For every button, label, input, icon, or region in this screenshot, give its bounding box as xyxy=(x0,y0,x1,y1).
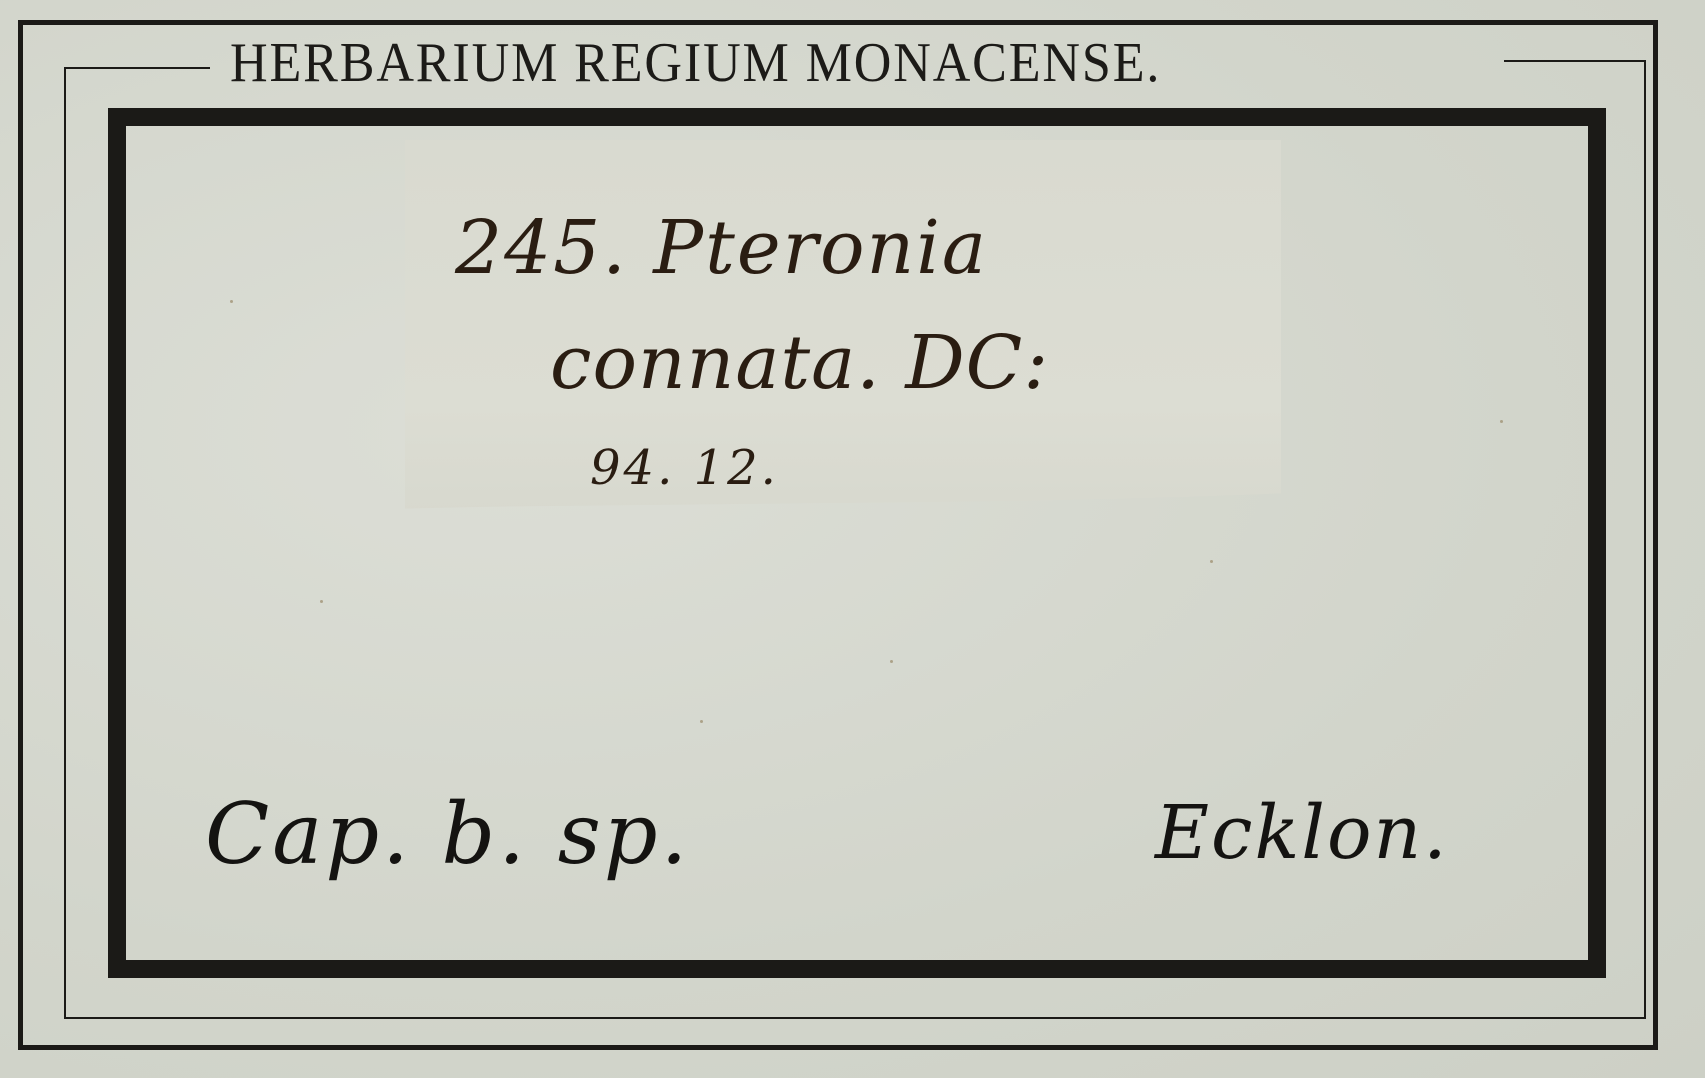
herbarium-header: HERBARIUM REGIUM MONACENSE. xyxy=(230,28,1439,98)
middle-border-left xyxy=(64,67,66,1019)
middle-border-right xyxy=(1644,60,1646,1018)
paper-fleck xyxy=(230,300,233,303)
locality-text: Cap. b. sp. xyxy=(205,785,690,883)
paper-fleck xyxy=(320,600,323,603)
herbarium-sheet: HERBARIUM REGIUM MONACENSE. 245. Pteroni… xyxy=(0,0,1705,1078)
slip-reference-numbers: 94. 12. xyxy=(590,440,779,496)
slip-epithet-author: connata. DC: xyxy=(550,320,1049,406)
paper-fleck xyxy=(700,720,703,723)
middle-border-bottom xyxy=(64,1017,1646,1019)
paper-fleck xyxy=(1210,560,1213,563)
paper-fleck xyxy=(1500,420,1503,423)
collector-name: Ecklon. xyxy=(1155,790,1449,876)
middle-border-top-left xyxy=(64,67,210,69)
slip-species-number-genus: 245. Pteronia xyxy=(455,205,988,291)
paper-fleck xyxy=(890,660,893,663)
middle-border-top-right xyxy=(1504,60,1646,62)
